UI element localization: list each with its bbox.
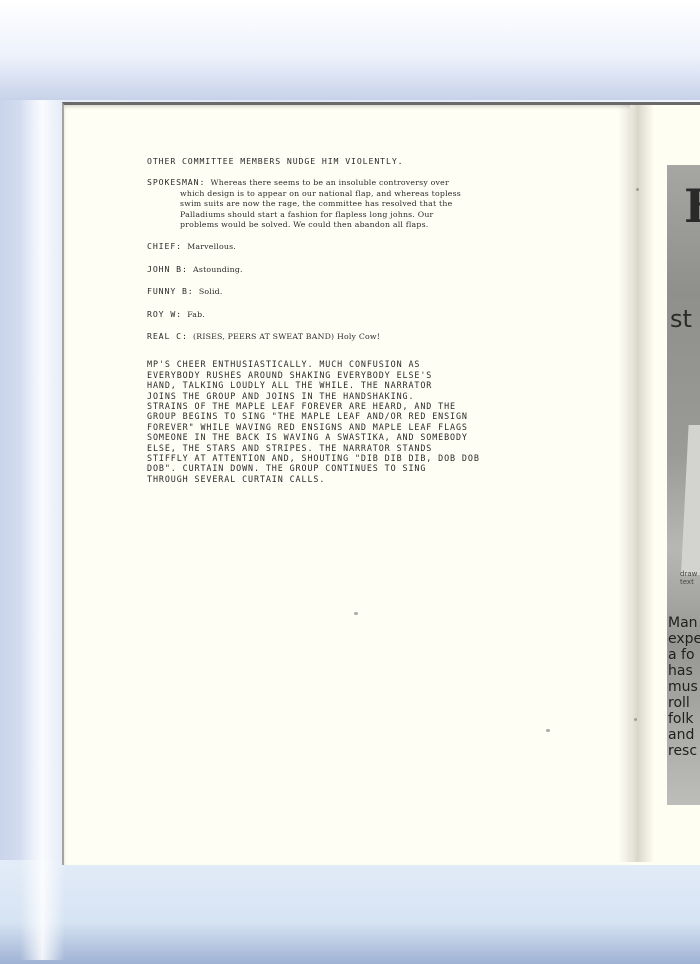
paper-speck (546, 729, 550, 732)
speech-line: which design is to appear on our nationa… (147, 189, 567, 199)
paper-speck (636, 188, 639, 191)
stage-direction: OTHER COMMITTEE MEMBERS NUDGE HIM VIOLEN… (147, 156, 567, 166)
poster-illustration: F st draw text Man expe a fo has mus rol… (667, 165, 700, 805)
scanner-background-bottom (0, 860, 700, 964)
speaker-name: ROY W: (147, 309, 182, 319)
scanner-background-top (0, 0, 700, 100)
speech-line: problems would be solved. We could then … (147, 220, 567, 230)
speaker-name: CHIEF: (147, 241, 182, 251)
dialogue-line: FUNNY B: Solid. (147, 286, 567, 297)
speech-line: swim suits are now the rage, the committ… (147, 199, 567, 209)
poster-word-fragment: st (670, 307, 692, 331)
dialogue-line: REAL C: (RISES, PEERS AT SWEAT BAND) Hol… (147, 331, 567, 342)
speaker-name: REAL C: (147, 331, 188, 341)
closing-stage-direction: MP'S CHEER ENTHUSIASTICALLY. MUCH CONFUS… (147, 360, 567, 485)
poster-highlight (681, 425, 700, 575)
dialogue-line: CHIEF: Marvellous. (147, 241, 567, 252)
book-gutter (618, 105, 654, 862)
dialogue-line: ROY W: Fab. (147, 309, 567, 320)
dialogue-line: JOHN B: Astounding. (147, 264, 567, 275)
speech-line: Palladiums should start a fashion for fl… (147, 210, 567, 220)
speaker-name: FUNNY B: (147, 286, 194, 296)
scanner-glare (20, 100, 65, 960)
speech-line: Whereas there seems to be an insoluble c… (211, 178, 449, 187)
poster-handwritten-text: Man expe a fo has mus roll folk and resc (668, 615, 700, 759)
poster-credit: draw text (680, 570, 697, 586)
speaker-name: SPOKESMAN: (147, 177, 205, 187)
paper-speck (634, 718, 637, 721)
spokesman-speech: SPOKESMAN: Whereas there seems to be an … (147, 177, 567, 230)
paper-speck (354, 612, 358, 615)
poster-initial: F (684, 183, 700, 229)
speaker-name: JOHN B: (147, 264, 188, 274)
script-text: OTHER COMMITTEE MEMBERS NUDGE HIM VIOLEN… (147, 156, 567, 485)
